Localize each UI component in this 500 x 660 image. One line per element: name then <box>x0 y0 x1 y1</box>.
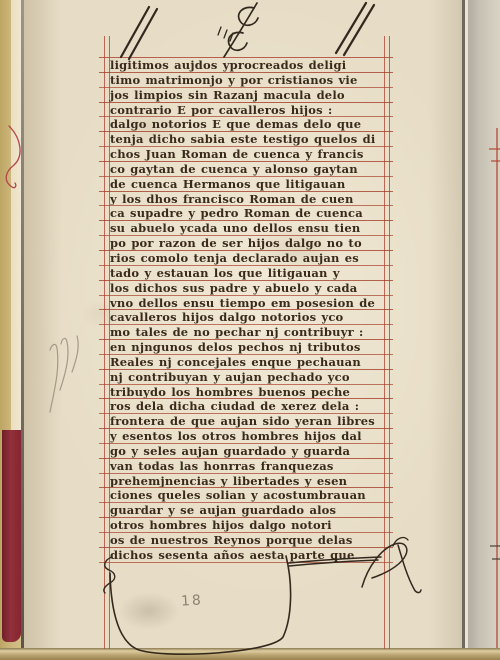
manuscript-line: dalgo notorios E que demas delo que <box>99 117 393 132</box>
manuscript-line: go y seles aujan guardado y guarda <box>99 444 393 459</box>
underlying-folio-text-speck <box>492 558 500 560</box>
manuscript-line: tado y estauan los que litigauan y <box>99 266 393 281</box>
manuscript-line: ciones queles solian y acostumbrauan <box>99 488 393 503</box>
manuscript-line: vno dellos ensu tiempo em posesion de <box>99 296 393 311</box>
manuscript-line: Reales nj concejales enque pechauan <box>99 355 393 370</box>
underlying-folio-text-speck <box>490 545 500 547</box>
manuscript-line: dichos sesenta años aesta parte que <box>99 548 393 563</box>
manuscript-page-photo: ligitimos aujdos yprocreados deligitimo … <box>0 0 500 660</box>
manuscript-line: su abuelo ycada uno dellos ensu tien <box>99 221 393 236</box>
manuscript-line: jos limpios sin Razanj macula delo <box>99 88 393 103</box>
manuscript-line: y esentos los otros hombres hijos dal <box>99 429 393 444</box>
manuscript-line: timo matrimonjo y por cristianos vie <box>99 73 393 88</box>
page-stack-edge <box>11 0 21 470</box>
manuscript-line: y los dhos francisco Roman de cuen <box>99 192 393 207</box>
manuscript-line: prehemjnencias y libertades y esen <box>99 474 393 489</box>
manuscript-text-block: ligitimos aujdos yprocreados deligitimo … <box>99 57 393 563</box>
manuscript-line: ligitimos aujdos yprocreados deligi <box>99 58 393 73</box>
manuscript-line: contrario E por cavalleros hijos : <box>99 103 393 118</box>
book-bottom-edge <box>0 648 500 660</box>
ribbon-bookmark-bottom <box>2 430 21 642</box>
manuscript-line: mo tales de no pechar nj contribuyr : <box>99 325 393 340</box>
manuscript-line: de cuenca Hermanos que litigauan <box>99 177 393 192</box>
manuscript-line: chos Juan Roman de cuenca y francis <box>99 147 393 162</box>
manuscript-line: ca supadre y pedro Roman de cuenca <box>99 206 393 221</box>
manuscript-line: co gaytan de cuenca y alonso gaytan <box>99 162 393 177</box>
underlying-folio-ruling <box>496 128 498 649</box>
underlying-folio-ruling-tick <box>489 148 500 150</box>
manuscript-line: nj contribuyan y aujan pechado yco <box>99 370 393 385</box>
manuscript-line: en njngunos delos pechos nj tributos <box>99 340 393 355</box>
manuscript-line: po por razon de ser hijos dalgo no to <box>99 236 393 251</box>
underlying-folio-ruling-tick <box>491 160 500 162</box>
manuscript-line: ros dela dicha ciudad de xerez dela : <box>99 399 393 414</box>
manuscript-line: os de nuestros Reynos porque delas <box>99 533 393 548</box>
manuscript-line: frontera de que aujan sido yeran libres <box>99 414 393 429</box>
manuscript-line: rios comolo tenja declarado aujan es <box>99 251 393 266</box>
manuscript-line: van todas las honrras franquezas <box>99 459 393 474</box>
manuscript-line: cavalleros hijos dalgo notorios yco <box>99 310 393 325</box>
manuscript-line: tenja dicho sabia este testigo quelos di <box>99 132 393 147</box>
manuscript-line: otros hombres hijos dalgo notori <box>99 518 393 533</box>
folio-number: 18 <box>181 592 204 609</box>
manuscript-line: guardar y se aujan guardado alos <box>99 503 393 518</box>
manuscript-line: los dichos sus padre y abuelo y cada <box>99 281 393 296</box>
manuscript-line: tribuydo los hombres buenos peche <box>99 385 393 400</box>
